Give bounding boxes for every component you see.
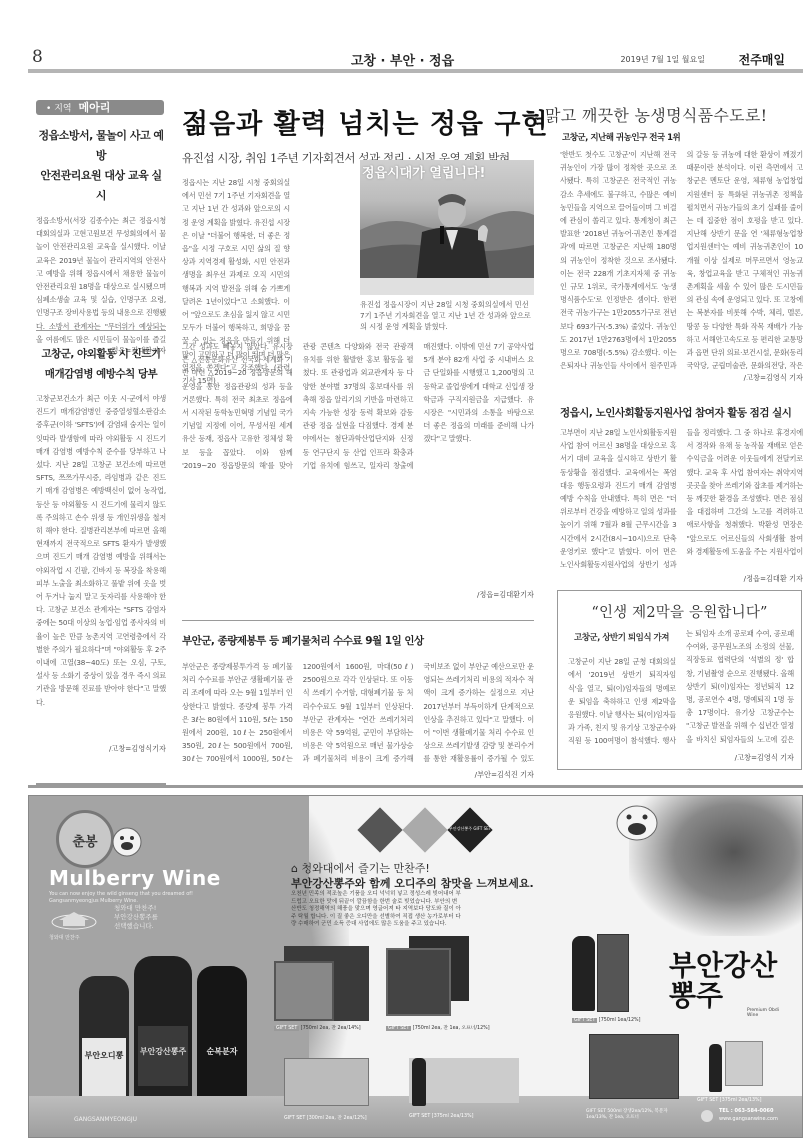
- blue-house-icon: ⌂: [291, 862, 301, 875]
- small-bottle: [412, 1058, 426, 1106]
- ad-divider: [28, 785, 803, 788]
- farm-subheadline: 고창군, 지난해 귀농인구 전국 1위: [562, 131, 682, 143]
- contact-phone: TEL : 063-584-0060: [719, 1108, 773, 1114]
- gift-set-6-spec: GIFT SET 500ml 장생2ea/12%, 복분자1ea/13%, 잔 …: [586, 1108, 686, 1120]
- article-body: 고창군보건소가 최근 이웃 시·군에서 야생 진드기 매개감염병인 중증열성혈소…: [36, 392, 166, 742]
- divider: [36, 330, 166, 331]
- issue-date: 2019년 7월 1일 월요일: [620, 54, 705, 65]
- senior-body: 고부면이 지난 28일 노인사회활동지원사업 참여 어르신 38명을 대상으로 …: [560, 426, 803, 576]
- body-text: 부안군은 종량제봉투가격 등 폐기물처리 수수료를 부안군 생활폐기물 관리 조…: [182, 662, 534, 763]
- main-article-body: 그간 성과도 빼놓지 않았다. 유시장은 △전통문화유산 전국화·세계화 기반 …: [182, 340, 534, 602]
- promo-title-2: 부안강산뽕주와 함께 오디주의 참맛을 느껴보세요.: [291, 875, 534, 891]
- article-tick-disease: 고창군, 야외활동 시 진드기 매개감염병 예방수칙 당부 고창군보건소가 최근…: [36, 344, 166, 754]
- photo-caption: 유진섭 정읍시장이 지난 28일 시청 중회의실에서 민선 7기 1주년 기자회…: [360, 299, 534, 332]
- mayor-press-photo: 정읍시대가 열립니다!: [360, 160, 534, 295]
- main-byline: /정읍=김대환기자: [420, 590, 534, 600]
- gift-set-6-box: [589, 1034, 679, 1099]
- ad-tagline: You can now enjoy the wild ginseng that …: [49, 891, 193, 905]
- brand-ko-logo: 부안강산 뽕주: [669, 951, 779, 1011]
- badge-text: 청와대 만찬주! 부안강산뽕주를 선택했습니다.: [114, 904, 158, 931]
- divider: [182, 620, 534, 621]
- gift-set-3-box: [597, 934, 629, 1012]
- gift-set-7-box: [725, 1041, 763, 1086]
- diamond-label: 부안강산뽕주 GIFT SET: [447, 826, 493, 832]
- farm-body: '한반도 첫수도 고창군'이 지난해 전국 귀농인이 가장 많이 정착한 곳으로…: [560, 148, 803, 374]
- premium-label: Premium Obdi Wine: [747, 1008, 787, 1018]
- headline-line2: 매개감염병 예방수칙 당부: [36, 364, 166, 384]
- column-tag: • 지역 메아리: [36, 100, 164, 115]
- gift-set-3-bottle: [572, 936, 595, 1011]
- blue-house-badge-icon: [49, 906, 99, 934]
- mascot-pointing-icon: [609, 801, 669, 851]
- promo-title-1: ⌂ 청와대에서 즐기는 만찬주!: [291, 860, 430, 876]
- body-text: 그간 성과도 빼놓지 않았다. 유시장은 △전통문화유산 전국화·세계화 기반 …: [182, 342, 534, 470]
- waste-fee-byline: /부안=김석진 기자: [420, 770, 534, 780]
- farm-headline: 맑고 깨끗한 농생명식품수도로!: [545, 103, 803, 126]
- article-fire-station: 정읍소방서, 물놀이 사고 예방 안전관리요원 대상 교육 실시 정읍소방서(서…: [36, 126, 166, 356]
- gift-set-7-bottle: [709, 1044, 722, 1092]
- farm-byline: /고창=김영식 기자: [690, 373, 803, 383]
- ad-brand-en: Mulberry Wine: [49, 866, 221, 890]
- article-body: 정읍소방서(서장 김종수)는 최근 정읍시청 대회의실과 고현고원보건 무성회의…: [36, 214, 166, 344]
- gift-set-2-open: [386, 948, 451, 1016]
- column-tag-label: 메아리: [78, 101, 110, 114]
- headline-line1: 정읍소방서, 물놀이 사고 예방: [36, 126, 166, 166]
- header-rule: [28, 69, 803, 73]
- senior-byline: /정읍=김대환 기자: [690, 574, 803, 584]
- gift-set-1-open: [274, 961, 334, 1021]
- headline-line1: 고창군, 야외활동 시 진드기: [36, 344, 166, 364]
- gift-set-2-spec: GIFT SET [750ml 2ea, 잔 1ea, 오프너/12%]: [386, 1024, 490, 1031]
- gift-set-1-spec: GIFT SET [750ml 2ea, 잔 2ea/14%]: [274, 1024, 361, 1031]
- body-text: 고부면이 지난 28일 노인사회활동지원사업 참여 어르신 38명을 대상으로 …: [560, 428, 803, 569]
- byline: /고창=김영식기자: [36, 744, 166, 754]
- gift-set-7-spec: GIFT SET [375ml 2ea/13%]: [697, 1098, 761, 1103]
- website-link[interactable]: www.gangsanwine.com: [719, 1116, 778, 1122]
- badge-caption: 청와대 만찬주: [49, 934, 80, 941]
- body-text: '한반도 첫수도 고창군'이 지난해 전국 귀농인이 가장 많이 정착한 곳으로…: [560, 150, 803, 370]
- column-tag-prefix: 지역: [54, 104, 71, 114]
- logo-text: 춘봉: [59, 831, 111, 850]
- headline-line2: 안전관리요원 대상 교육 실시: [36, 166, 166, 206]
- waste-fee-headline: 부안군, 종량제봉투 등 폐기물처리 수수료 9월 1일 인상: [182, 633, 422, 648]
- retirement-subheadline: 고창군, 상반기 퇴임식 가져: [574, 632, 676, 645]
- chunbong-logo: 춘봉: [56, 810, 114, 868]
- promo-body: 오천년 민족의 적조높은 기품을 오디 넉넉히 넣고 정성스레 빚어내어 부드럽…: [291, 891, 461, 929]
- fruit-photo-diamond: [402, 807, 447, 852]
- main-headline: 젊음과 활력 넘치는 정읍 구현: [182, 102, 534, 141]
- mulberry-wine-ad[interactable]: 춘봉 Mulberry Wine You can now enjoy the w…: [28, 795, 803, 1138]
- gift-set-4-spec: GIFT SET [300ml 2ea, 잔 2ea/12%]: [284, 1114, 367, 1121]
- retirement-body: 고창군, 상반기 퇴임식 가져 고창군이 지난 28일 군청 대회의실에서 '2…: [568, 627, 794, 755]
- newspaper-brand: 전주매일: [739, 51, 785, 68]
- gift-set-5-spec: GIFT SET [375ml 2ea/13%]: [409, 1114, 473, 1119]
- company-logo-icon: [701, 1110, 713, 1122]
- gift-set-3-spec: GIFT SET [750ml 1ea/12%]: [572, 1018, 640, 1023]
- bullet-icon: •: [46, 104, 51, 114]
- photo-scene-icon: [360, 160, 534, 295]
- retirement-box: “인생 제2막을 응원합니다” 고창군, 상반기 퇴임식 가져 고창군이 지난 …: [557, 590, 802, 770]
- mulberry-photo-diamond: [357, 807, 402, 852]
- gift-set-box-4: [284, 1058, 369, 1106]
- retirement-byline: /고창=김영식 기자: [688, 753, 794, 763]
- maker-name: GANGSANMYEONGJU: [74, 1116, 137, 1123]
- body-text: 고창군이 지난 28일 군청 대회의실에서 '2019년 상반기 퇴직자임식'을…: [568, 629, 794, 745]
- retirement-headline: “인생 제2막을 응원합니다”: [558, 601, 801, 622]
- waste-fee-body: 부안군은 종량제봉투가격 등 폐기물처리 수수료를 부안군 생활폐기물 관리 조…: [182, 660, 534, 778]
- mascot-icon: [107, 824, 147, 864]
- senior-headline: 정읍시, 노인사회활동지원사업 참여자 활동 점검 실시: [560, 405, 803, 420]
